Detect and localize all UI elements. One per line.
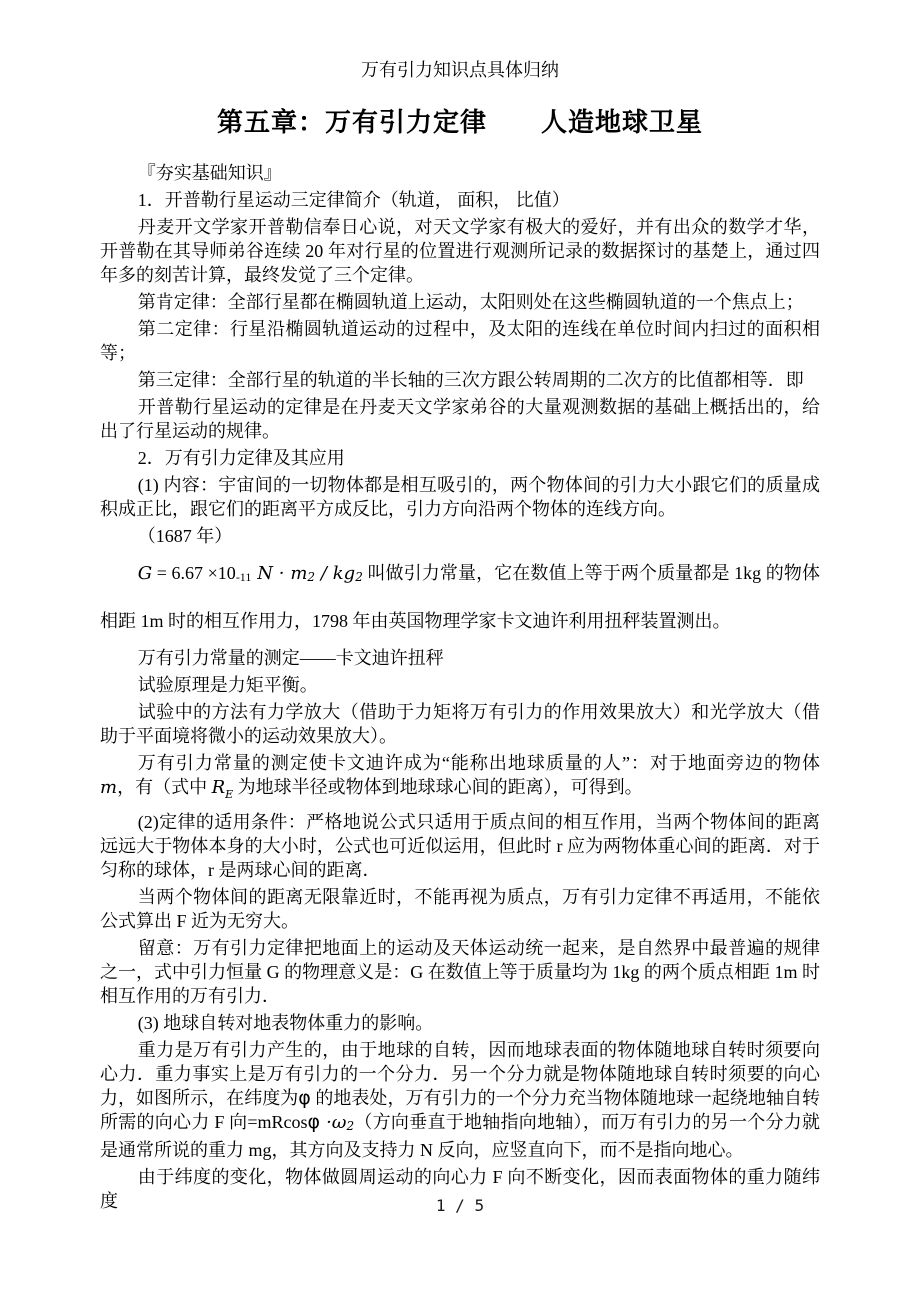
- document-body: 『夯实基础知识』 1．开普勒行星运动三定律简介（轨道， 面积， 比值） 丹麦开文…: [100, 161, 820, 1213]
- cavendish-text-mid: ，有（式中: [117, 777, 212, 797]
- omega-subscript: 2: [346, 1119, 354, 1133]
- paragraph-year-1687: （1687 年）: [100, 524, 820, 548]
- paragraph-attention-note: 留意：万有引力定律把地面上的运动及天体运动统一起来，是自然界中最普遍的规律之一，…: [100, 936, 820, 1008]
- page-footer: 1 / 5: [0, 1196, 920, 1215]
- paragraph-applicable-conditions: (2)定律的适用条件：严格地说公式只适用于质点间的相互作用，当两个物体间的距离远…: [100, 810, 820, 882]
- formula-equals-value: = 6.67 ×10: [152, 563, 236, 583]
- paragraph-cavendish-heading: 万有引力常量的测定——卡文迪许扭秤: [100, 646, 820, 670]
- paragraph-third-law: 第三定律：全部行星的轨道的半长轴的三次方跟公转周期的二次方的比值都相等．即: [100, 368, 820, 392]
- paragraph-first-law: 第肯定律：全部行星都在椭圆轨道上运动，太阳则处在这些椭圆轨道的一个焦点上；: [100, 290, 820, 314]
- paragraph-kepler-intro: 丹麦开文学家开普勒信奉日心说，对天文学家有极大的爱好，并有出众的数学才华，开普勒…: [100, 215, 820, 287]
- paragraph-gravitational-constant-formula: G = 6.67 ×10-11 N · m2 / kg2 叫做引力常量，它在数值…: [100, 551, 820, 643]
- phi-symbol-2: φ: [308, 1111, 321, 1133]
- paragraph-experiment-principle: 试验原理是力矩平衡。: [100, 673, 820, 697]
- cavendish-subscript-E: E: [225, 788, 233, 801]
- paragraph-kepler-summary: 开普勒行星运动的定律是在丹麦天文学家弟谷的大量观测数据的基础上概括出的，给出了行…: [100, 395, 820, 443]
- paragraph-basics-label: 『夯实基础知识』: [100, 161, 820, 185]
- formula-units-per-kg: / kg: [315, 563, 355, 584]
- formula-square-2: 2: [355, 570, 363, 584]
- document-page: 万有引力知识点具体归纳 第五章：万有引力定律 人造地球卫星 『夯实基础知识』 1…: [0, 0, 920, 1302]
- cavendish-text-post: 为地球半径或物体到地球球心间的距离），可得到。: [233, 777, 643, 797]
- page-number: 1 / 5: [436, 1196, 484, 1215]
- formula-units-newton-meter: N · m: [251, 563, 307, 584]
- paragraph-close-distance-note: 当两个物体间的距离无限靠近时，不能再视为质点，万有引力定律不再适用，不能依公式算…: [100, 885, 820, 933]
- paragraph-cavendish-earth-mass: 万有引力常量的测定使卡文迪许成为“能称出地球质量的人”：对于地面旁边的物体 m，…: [100, 751, 820, 807]
- cavendish-var-R: R: [212, 777, 226, 798]
- formula-var-G: G: [138, 563, 152, 584]
- paragraph-experiment-methods: 试验中的方法有力学放大（借助于力矩将万有引力的作用效果放大）和光学放大（借助于平…: [100, 700, 820, 748]
- paragraph-second-law: 第二定律：行星沿椭圆轨道运动的过程中，及太阳的连线在单位时间内扫过的面积相等；: [100, 317, 820, 365]
- paragraph-rotation-heading: (3) 地球自转对地表物体重力的影响。: [100, 1011, 820, 1035]
- paragraph-kepler-heading: 1．开普勒行星运动三定律简介（轨道， 面积， 比值）: [100, 188, 820, 212]
- paragraph-law-content: (1) 内容：宇宙间的一切物体都是相互吸引的，两个物体间的引力大小跟它们的质量成…: [100, 473, 820, 521]
- phi-symbol-1: φ: [298, 1087, 311, 1109]
- cavendish-var-m: m: [100, 777, 117, 798]
- formula-exponent: -11: [236, 570, 252, 584]
- omega-symbol: ·ω: [320, 1112, 346, 1133]
- document-header-title: 万有引力知识点具体归纳: [0, 0, 920, 82]
- cavendish-text-pre: 万有引力常量的测定使卡文迪许成为“能称出地球质量的人”：对于地面旁边的物体: [138, 753, 820, 773]
- paragraph-gravitation-heading: 2．万有引力定律及其应用: [100, 446, 820, 470]
- page-title: 第五章：万有引力定律 人造地球卫星: [0, 102, 920, 139]
- formula-square-1: 2: [307, 570, 315, 584]
- paragraph-gravity-component: 重力是万有引力产生的，由于地球的自转，因而地球表面的物体随地球自转时须要向心力．…: [100, 1038, 820, 1162]
